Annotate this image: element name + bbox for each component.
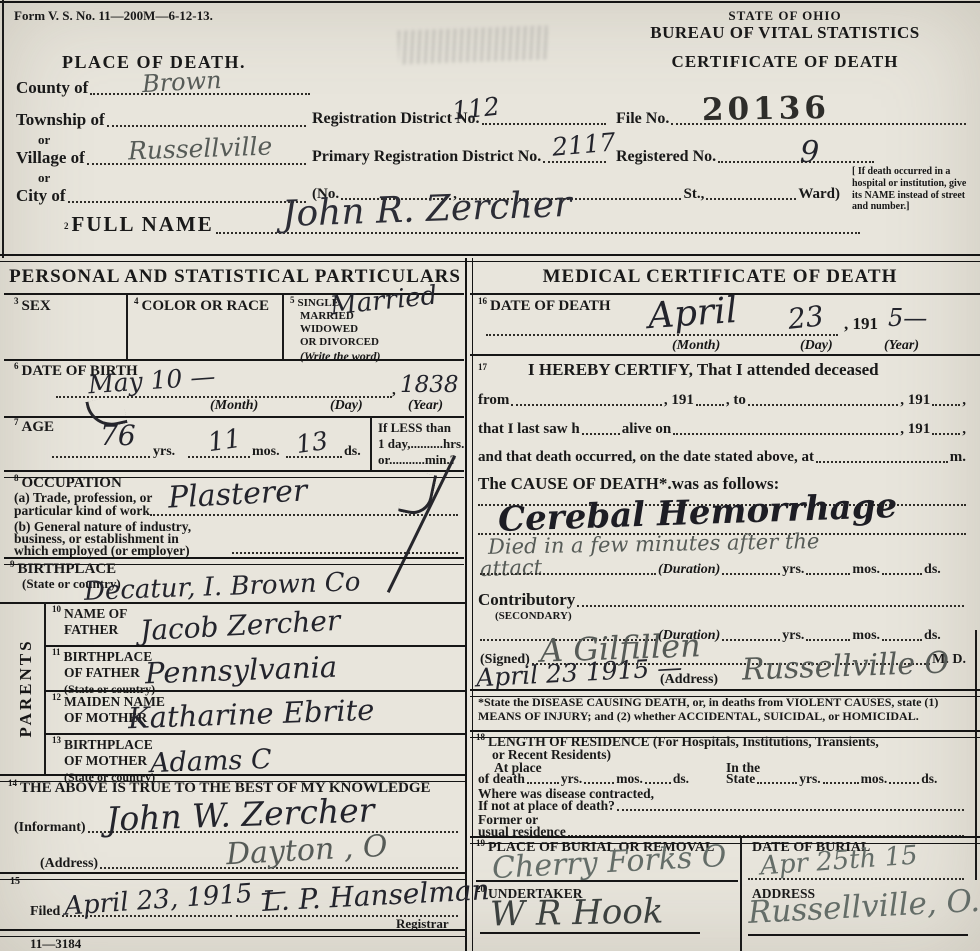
father-bp-label2: OF FATHER: [64, 665, 140, 680]
dob-month-caption: (Month): [210, 398, 258, 414]
death-occurred-label: and that death occurred, on the date sta…: [478, 449, 814, 466]
dob-value: May 10 —: [87, 364, 216, 398]
age-months-value: 11: [206, 426, 242, 456]
reg-district-dotted-line[interactable]: [482, 121, 606, 125]
registered-no-value: 9: [799, 138, 819, 169]
yrs-label: yrs.: [153, 444, 175, 460]
certify-text: I HEREBY CERTIFY, That I attended deceas…: [528, 360, 879, 380]
year-c-dotted[interactable]: [932, 431, 960, 435]
res-place-mos-dotted[interactable]: [584, 780, 614, 784]
certify-number: 17: [478, 362, 487, 372]
in-the-label-2: State: [726, 771, 755, 787]
dod-number: 16: [478, 296, 487, 306]
father-bp-number: 11: [52, 647, 61, 657]
dod-label: DATE OF DEATH: [490, 298, 611, 314]
less-than-line3: or...........min.?: [378, 452, 456, 468]
full-name-label: FULL NAME: [72, 212, 214, 237]
res-state-mos-dotted[interactable]: [823, 780, 859, 784]
dod-year-printed: , 191: [844, 314, 878, 334]
duration-label-1: (Duration): [658, 562, 720, 578]
mother-bp-label1: BIRTHPLACE: [64, 737, 153, 752]
age-label: AGE: [22, 419, 55, 435]
scan-left-edge: [2, 0, 4, 258]
occupation-value: Plasterer: [167, 476, 308, 513]
dur1-mos-dotted[interactable]: [806, 571, 850, 575]
dob-year-caption: (Year): [408, 398, 443, 414]
year-b-dotted[interactable]: [932, 402, 960, 406]
filed-label: Filed: [30, 904, 60, 920]
mother-bp-number: 13: [52, 735, 61, 745]
full-name-value: John R. Zercher: [281, 187, 571, 233]
dod-month-value: April: [647, 293, 739, 335]
township-label: Township of: [16, 110, 105, 130]
undertaker-address-underline: [748, 934, 968, 936]
m-label: m.: [950, 449, 966, 466]
or-label-1: or: [38, 132, 50, 148]
res-place-yrs: yrs.: [561, 771, 582, 787]
from-label: from: [478, 392, 509, 409]
dod-year-hw: 5—: [888, 306, 927, 330]
dob-number: 6: [14, 361, 19, 371]
from-dotted[interactable]: [511, 402, 661, 406]
comma-b: ,: [962, 392, 966, 409]
cause-footnote: *State the DISEASE CAUSING DEATH, or, in…: [478, 696, 970, 724]
burial-underline: [476, 880, 738, 882]
dod-day-value: 23: [787, 302, 825, 334]
year-a-dotted[interactable]: [696, 402, 724, 406]
burial-date-dotted[interactable]: [748, 878, 964, 880]
dod-month-caption: (Month): [672, 338, 720, 354]
death-certificate-scan: Form V. S. No. 11—200M—6-12-13. STATE OF…: [0, 0, 980, 951]
or-label-2: or: [38, 170, 50, 186]
dur2-yrs-dotted[interactable]: [722, 637, 780, 641]
marital-value: Married: [329, 282, 438, 319]
res-place-ds: ds.: [673, 771, 689, 787]
rule: [470, 354, 980, 356]
village-label: Village of: [16, 148, 85, 168]
street-label: St.,: [683, 186, 704, 203]
state-title: STATE OF OHIO: [600, 8, 970, 24]
occupation-a-line2: particular kind of work: [14, 503, 150, 519]
age-days-value: 13: [294, 428, 329, 457]
dob-comma: ,: [392, 382, 396, 399]
res-place-mos: mos.: [616, 771, 643, 787]
occupation-b-dotted[interactable]: [232, 552, 458, 554]
dur2-ds: ds.: [924, 628, 941, 644]
rule: [44, 645, 465, 647]
faded-stamp: [397, 25, 548, 64]
race-marital-divider: [282, 295, 284, 360]
rule: [44, 690, 465, 692]
h-dotted[interactable]: [582, 431, 620, 435]
to-dotted[interactable]: [748, 402, 898, 406]
mother-bp-value: Adams C: [150, 746, 272, 777]
residence-number: 18: [476, 732, 485, 742]
alive-on-label: alive on: [622, 421, 672, 438]
age-mos-dotted[interactable]: [188, 456, 250, 458]
dur2-yrs: yrs.: [782, 628, 804, 644]
dur1-ds: ds.: [924, 562, 941, 578]
occupation-number: 8: [14, 473, 19, 483]
parents-vertical-label: PARENTS: [16, 628, 36, 748]
age-less-divider: [370, 416, 372, 472]
primary-reg-label: Primary Registration District No.: [312, 148, 541, 166]
certificate-title: CERTIFICATE OF DEATH: [600, 52, 970, 72]
undertaker-number: 20: [476, 884, 485, 894]
medical-section-title: MEDICAL CERTIFICATE OF DEATH: [470, 266, 970, 288]
age-number: 7: [14, 417, 19, 427]
bureau-title: BUREAU OF VITAL STATISTICS: [600, 23, 970, 43]
undertaker-address-value: Russellville, O.: [747, 886, 980, 929]
sex-label: SEX: [22, 298, 51, 314]
dur2-ds-dotted[interactable]: [882, 637, 922, 641]
file-no-value: 20136: [702, 93, 830, 126]
father-name-label1: NAME OF: [64, 606, 127, 621]
mother-bp-label2: OF MOTHER: [64, 753, 147, 768]
father-name-value: Jacob Zercher: [139, 607, 341, 645]
township-dotted-line[interactable]: [107, 123, 306, 127]
registered-no-label: Registered No.: [616, 148, 716, 166]
age-yrs-dotted[interactable]: [52, 456, 150, 458]
form-number: Form V. S. No. 11—200M—6-12-13.: [14, 8, 213, 24]
time-dotted[interactable]: [816, 459, 948, 463]
cause-value-1: Cerebal Hemorrhage: [498, 489, 898, 537]
res-place-yrs-dotted[interactable]: [527, 780, 559, 784]
race-label: COLOR OR RACE: [142, 298, 270, 314]
occupation-a-dotted[interactable]: [150, 514, 458, 516]
father-bp-value: Pennsylvania: [145, 653, 338, 689]
informant-address-value: Dayton , O: [225, 832, 388, 870]
birthplace-number: 9: [10, 559, 15, 569]
parents-divider: [44, 602, 46, 776]
informant-address-label: (Address): [40, 856, 98, 872]
race-number: 4: [134, 296, 139, 306]
father-name-label2: FATHER: [64, 622, 118, 637]
filed-number: 15: [10, 876, 20, 887]
sign-address-label: (Address): [660, 672, 718, 688]
full-name-number: 2: [64, 221, 69, 231]
age-ds-dotted[interactable]: [286, 456, 342, 458]
rule: [4, 359, 464, 361]
ward-label: Ward): [798, 186, 840, 203]
where-contracted-dotted[interactable]: [617, 807, 964, 811]
duration1-lead-dotted[interactable]: [480, 571, 656, 575]
dur2-mos-dotted[interactable]: [806, 637, 850, 641]
year-191-b: , 191: [900, 392, 930, 409]
hospital-note: [ If death occurred in a hospital or ins…: [852, 166, 972, 213]
contributory-label: Contributory: [478, 590, 575, 610]
rule: [0, 602, 465, 604]
informant-value: John W. Zercher: [106, 793, 375, 835]
birthplace-value: Decatur, I. Brown Co: [84, 569, 361, 605]
form-code: 11—3184: [30, 936, 81, 951]
dob-day-caption: (Day): [330, 398, 363, 414]
ds-label: ds.: [344, 444, 361, 460]
dod-year-caption: (Year): [884, 338, 919, 354]
dur1-yrs: yrs.: [782, 562, 804, 578]
undertaker-underline: [480, 932, 700, 934]
father-bp-label1: BIRTHPLACE: [64, 649, 153, 664]
county-label: County of: [16, 78, 88, 98]
res-state-yrs: yrs.: [799, 771, 820, 787]
dur1-yrs-dotted[interactable]: [722, 571, 780, 575]
marital-option-divorced: OR DIVORCED: [300, 336, 379, 348]
res-state-yrs-dotted[interactable]: [757, 780, 797, 784]
informant-label: (Informant): [14, 820, 86, 836]
alive-on-dotted[interactable]: [673, 431, 898, 435]
occupation-label: OCCUPATION: [22, 475, 122, 491]
mother-name-value: Katharine Ebrite: [128, 696, 375, 734]
secondary-label: (SECONDARY): [495, 610, 572, 622]
birthplace-label: BIRTHPLACE: [18, 561, 117, 577]
last-saw-label: that I last saw h: [478, 421, 580, 438]
ward-dotted[interactable]: [706, 196, 796, 200]
mos-label: mos.: [252, 444, 280, 460]
year-191-c: , 191: [900, 421, 930, 438]
city-label: City of: [16, 186, 66, 206]
dob-year-value: 1838: [400, 374, 459, 397]
sign-address-value: Russellville O: [742, 648, 950, 685]
village-value: Russellville: [128, 133, 273, 163]
rule: [44, 733, 465, 735]
county-value: Brown: [141, 68, 222, 96]
less-than-line1: If LESS than: [378, 420, 451, 436]
dur2-mos: mos.: [852, 628, 880, 644]
undertaker-value: W R Hook: [490, 894, 664, 931]
header-divider: [0, 254, 980, 262]
dur1-mos: mos.: [852, 562, 880, 578]
scan-top-edge: [0, 1, 980, 3]
sex-race-divider: [126, 295, 128, 360]
burial-divider: [740, 838, 742, 951]
res-state-ds-dotted[interactable]: [889, 780, 919, 784]
less-than-line2: 1 day,..........hrs.: [378, 436, 464, 452]
reg-district-value: 112: [451, 94, 501, 124]
res-place-ds-dotted[interactable]: [645, 780, 671, 784]
mother-name-number: 12: [52, 692, 61, 702]
res-state-ds: ds.: [921, 771, 937, 787]
age-years-value: 76: [100, 422, 136, 450]
dod-day-caption: (Day): [800, 338, 833, 354]
at-place-label-2: of death: [478, 771, 525, 787]
cause-value-2: Died in a few minutes after the: [488, 531, 820, 558]
true-statement-number: 14: [8, 778, 17, 788]
comma-c: ,: [962, 421, 966, 438]
marital-number: 5: [290, 295, 295, 305]
contributory-dotted[interactable]: [577, 603, 964, 607]
primary-reg-value: 2117: [551, 129, 617, 159]
dur1-ds-dotted[interactable]: [882, 571, 922, 575]
file-no-label: File No.: [616, 110, 669, 128]
burial-number: 19: [476, 838, 485, 848]
rule: [4, 416, 464, 418]
registered-no-dotted-line[interactable]: [718, 159, 874, 163]
city-dotted-line[interactable]: [68, 199, 306, 203]
res-state-mos: mos.: [861, 771, 888, 787]
marital-option-widowed: WIDOWED: [300, 323, 358, 335]
sex-number: 3: [14, 296, 19, 306]
year-191-a: , 191: [664, 392, 694, 409]
to-label: , to: [726, 392, 746, 409]
father-name-number: 10: [52, 604, 61, 614]
column-divider: [465, 258, 473, 951]
